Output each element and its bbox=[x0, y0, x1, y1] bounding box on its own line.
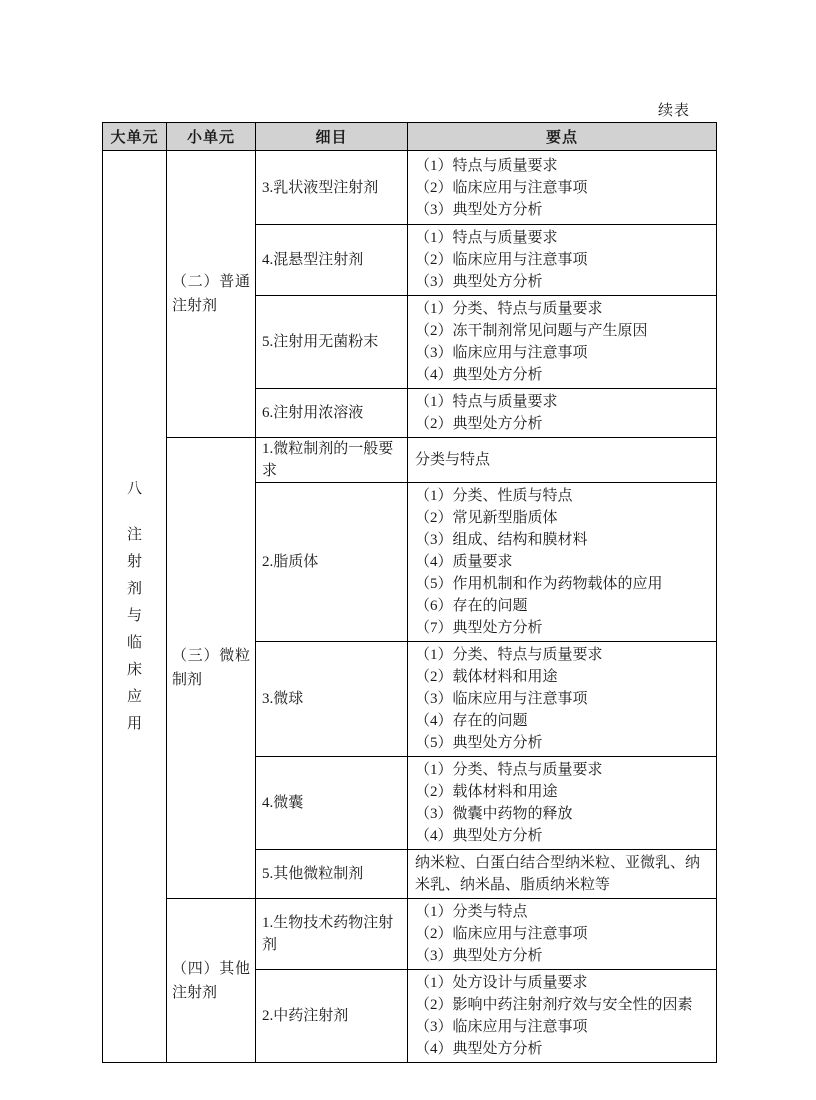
item-cell: 1.生物技术药物注射剂 bbox=[256, 899, 408, 970]
item-cell: 6.注射用浓溶液 bbox=[256, 389, 408, 438]
point-line: （1）分类、特点与质量要求 bbox=[415, 644, 709, 666]
points-cell: （1）分类、特点与质量要求（2）冻干制剂常见问题与产生原因（3）临床应用与注意事… bbox=[408, 296, 717, 389]
points-cell: （1）特点与质量要求（2）临床应用与注意事项（3）典型处方分析 bbox=[408, 225, 717, 296]
points-cell: （1）特点与质量要求（2）临床应用与注意事项（3）典型处方分析 bbox=[408, 151, 717, 225]
points-cell: （1）分类、性质与特点（2）常见新型脂质体（3）组成、结构和膜材料（4）质量要求… bbox=[408, 483, 717, 642]
point-line: （1）分类、特点与质量要求 bbox=[415, 759, 709, 781]
item-cell: 3.乳状液型注射剂 bbox=[256, 151, 408, 225]
header-sub-unit: 小单元 bbox=[167, 123, 256, 151]
continued-table-label: 续表 bbox=[658, 99, 690, 120]
points-cell: （1）分类、特点与质量要求（2）载体材料和用途（3）临床应用与注意事项（4）存在… bbox=[408, 642, 717, 757]
point-line: （3）典型处方分析 bbox=[415, 199, 709, 221]
point-line: （2）临床应用与注意事项 bbox=[415, 177, 709, 199]
point-line: （1）特点与质量要求 bbox=[415, 391, 709, 413]
point-line: （3）微囊中药物的释放 bbox=[415, 803, 709, 825]
point-line: （4）典型处方分析 bbox=[415, 1038, 709, 1060]
point-line: （2）载体材料和用途 bbox=[415, 781, 709, 803]
point-line: （1）分类与特点 bbox=[415, 901, 709, 923]
point-line: （3）临床应用与注意事项 bbox=[415, 688, 709, 710]
point-line: （3）临床应用与注意事项 bbox=[415, 1016, 709, 1038]
point-line: 分类与特点 bbox=[415, 449, 709, 471]
point-line: （1）特点与质量要求 bbox=[415, 227, 709, 249]
sub-unit-cell: （四）其他注射剂 bbox=[167, 899, 256, 1063]
header-major-unit: 大单元 bbox=[103, 123, 167, 151]
point-line: （2）临床应用与注意事项 bbox=[415, 249, 709, 271]
points-cell: （1）处方设计与质量要求（2）影响中药注射剂疗效与安全性的因素（3）临床应用与注… bbox=[408, 970, 717, 1063]
point-line: （2）常见新型脂质体 bbox=[415, 507, 709, 529]
point-line: （6）存在的问题 bbox=[415, 595, 709, 617]
major-unit-char: 临 bbox=[103, 630, 166, 657]
points-cell: （1）特点与质量要求（2）典型处方分析 bbox=[408, 389, 717, 438]
points-cell: （1）分类、特点与质量要求（2）载体材料和用途（3）微囊中药物的释放（4）典型处… bbox=[408, 757, 717, 850]
item-cell: 5.注射用无菌粉末 bbox=[256, 296, 408, 389]
major-unit-char: 八 bbox=[103, 476, 166, 503]
major-unit-char: 射 bbox=[103, 549, 166, 576]
point-line: （3）临床应用与注意事项 bbox=[415, 342, 709, 364]
page: { "page": { "continued_label": "续表" }, "… bbox=[0, 0, 816, 1100]
point-line: （4）质量要求 bbox=[415, 551, 709, 573]
point-line: （1）分类、性质与特点 bbox=[415, 485, 709, 507]
major-unit-char: 剂 bbox=[103, 576, 166, 603]
point-line: （1）处方设计与质量要求 bbox=[415, 972, 709, 994]
item-cell: 3.微球 bbox=[256, 642, 408, 757]
major-unit-char: 床 bbox=[103, 657, 166, 684]
point-line: （2）载体材料和用途 bbox=[415, 666, 709, 688]
major-unit-char: 与 bbox=[103, 603, 166, 630]
point-line: （5）典型处方分析 bbox=[415, 732, 709, 754]
major-unit-char: 注 bbox=[103, 522, 166, 549]
point-line: 纳米粒、白蛋白结合型纳米粒、亚微乳、纳米乳、纳米晶、脂质纳米粒等 bbox=[415, 852, 709, 896]
item-cell: 1.微粒制剂的一般要求 bbox=[256, 438, 408, 483]
header-item: 细目 bbox=[256, 123, 408, 151]
point-line: （2）临床应用与注意事项 bbox=[415, 923, 709, 945]
table-header-row: 大单元 小单元 细目 要点 bbox=[103, 123, 717, 151]
point-line: （4）典型处方分析 bbox=[415, 825, 709, 847]
item-cell: 5.其他微粒制剂 bbox=[256, 850, 408, 899]
point-line: （3）典型处方分析 bbox=[415, 271, 709, 293]
point-line: （2）典型处方分析 bbox=[415, 413, 709, 435]
header-points: 要点 bbox=[408, 123, 717, 151]
major-unit-cell: 八注射剂与临床应用 bbox=[103, 151, 167, 1063]
point-line: （3）组成、结构和膜材料 bbox=[415, 529, 709, 551]
points-cell: 纳米粒、白蛋白结合型纳米粒、亚微乳、纳米乳、纳米晶、脂质纳米粒等 bbox=[408, 850, 717, 899]
table-row: 八注射剂与临床应用（二）普通注射剂3.乳状液型注射剂（1）特点与质量要求（2）临… bbox=[103, 151, 717, 225]
point-line: （7）典型处方分析 bbox=[415, 617, 709, 639]
points-cell: （1）分类与特点（2）临床应用与注意事项（3）典型处方分析 bbox=[408, 899, 717, 970]
point-line: （1）特点与质量要求 bbox=[415, 155, 709, 177]
major-unit-gap bbox=[103, 503, 166, 522]
point-line: （3）典型处方分析 bbox=[415, 945, 709, 967]
syllabus-table: 大单元 小单元 细目 要点 八注射剂与临床应用（二）普通注射剂3.乳状液型注射剂… bbox=[102, 122, 717, 1063]
sub-unit-cell: （二）普通注射剂 bbox=[167, 151, 256, 438]
item-cell: 2.中药注射剂 bbox=[256, 970, 408, 1063]
points-cell: 分类与特点 bbox=[408, 438, 717, 483]
point-line: （2）影响中药注射剂疗效与安全性的因素 bbox=[415, 994, 709, 1016]
point-line: （4）存在的问题 bbox=[415, 710, 709, 732]
table-body: 八注射剂与临床应用（二）普通注射剂3.乳状液型注射剂（1）特点与质量要求（2）临… bbox=[103, 151, 717, 1063]
item-cell: 4.混悬型注射剂 bbox=[256, 225, 408, 296]
point-line: （1）分类、特点与质量要求 bbox=[415, 298, 709, 320]
major-unit-char: 应 bbox=[103, 684, 166, 711]
table-row: （四）其他注射剂1.生物技术药物注射剂（1）分类与特点（2）临床应用与注意事项（… bbox=[103, 899, 717, 970]
item-cell: 4.微囊 bbox=[256, 757, 408, 850]
sub-unit-cell: （三）微粒制剂 bbox=[167, 438, 256, 899]
point-line: （4）典型处方分析 bbox=[415, 364, 709, 386]
point-line: （2）冻干制剂常见问题与产生原因 bbox=[415, 320, 709, 342]
major-unit-char: 用 bbox=[103, 711, 166, 738]
table-row: （三）微粒制剂1.微粒制剂的一般要求分类与特点 bbox=[103, 438, 717, 483]
item-cell: 2.脂质体 bbox=[256, 483, 408, 642]
point-line: （5）作用机制和作为药物载体的应用 bbox=[415, 573, 709, 595]
